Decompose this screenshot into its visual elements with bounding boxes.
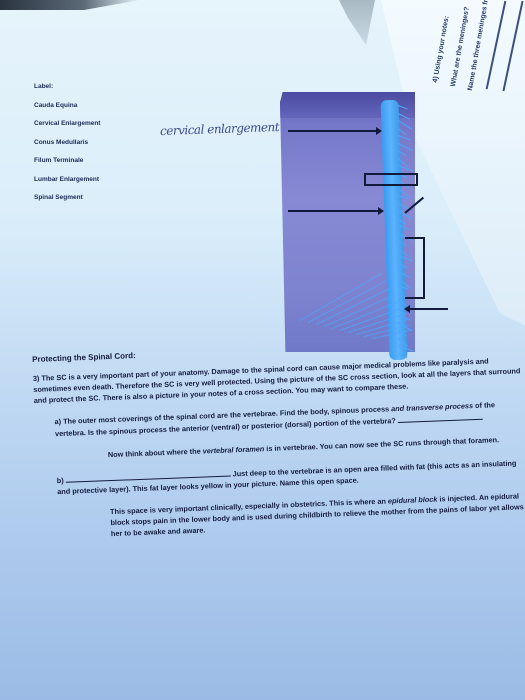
label-conus-medullaris: Conus Medullaris xyxy=(34,139,100,158)
bracket-marker xyxy=(405,237,425,299)
label-lumbar-enlargement: Lumbar Enlargement xyxy=(34,176,100,195)
label-spinal-segment: Spinal Segment xyxy=(34,194,100,213)
label-cauda-equina: Cauda Equina xyxy=(34,102,100,121)
box-marker xyxy=(364,173,418,186)
arrow-pointer-4 xyxy=(408,308,448,310)
handwritten-answer: cervical enlargement xyxy=(160,120,279,138)
answer-a-blank[interactable] xyxy=(398,412,483,423)
label-heading: Label: xyxy=(34,83,100,102)
label-cervical-enlargement: Cervical Enlargement xyxy=(34,120,100,139)
worksheet-text: Protecting the Spinal Cord: 3) The SC is… xyxy=(32,336,525,542)
arrow-pointer-1 xyxy=(288,130,380,132)
worksheet-page: Label: Cauda Equina Cervical Enlargement… xyxy=(0,0,525,700)
arrow-pointer-2 xyxy=(288,210,382,212)
label-filum-terminale: Filum Terminale xyxy=(34,157,100,176)
label-list: Label: Cauda Equina Cervical Enlargement… xyxy=(34,83,100,213)
